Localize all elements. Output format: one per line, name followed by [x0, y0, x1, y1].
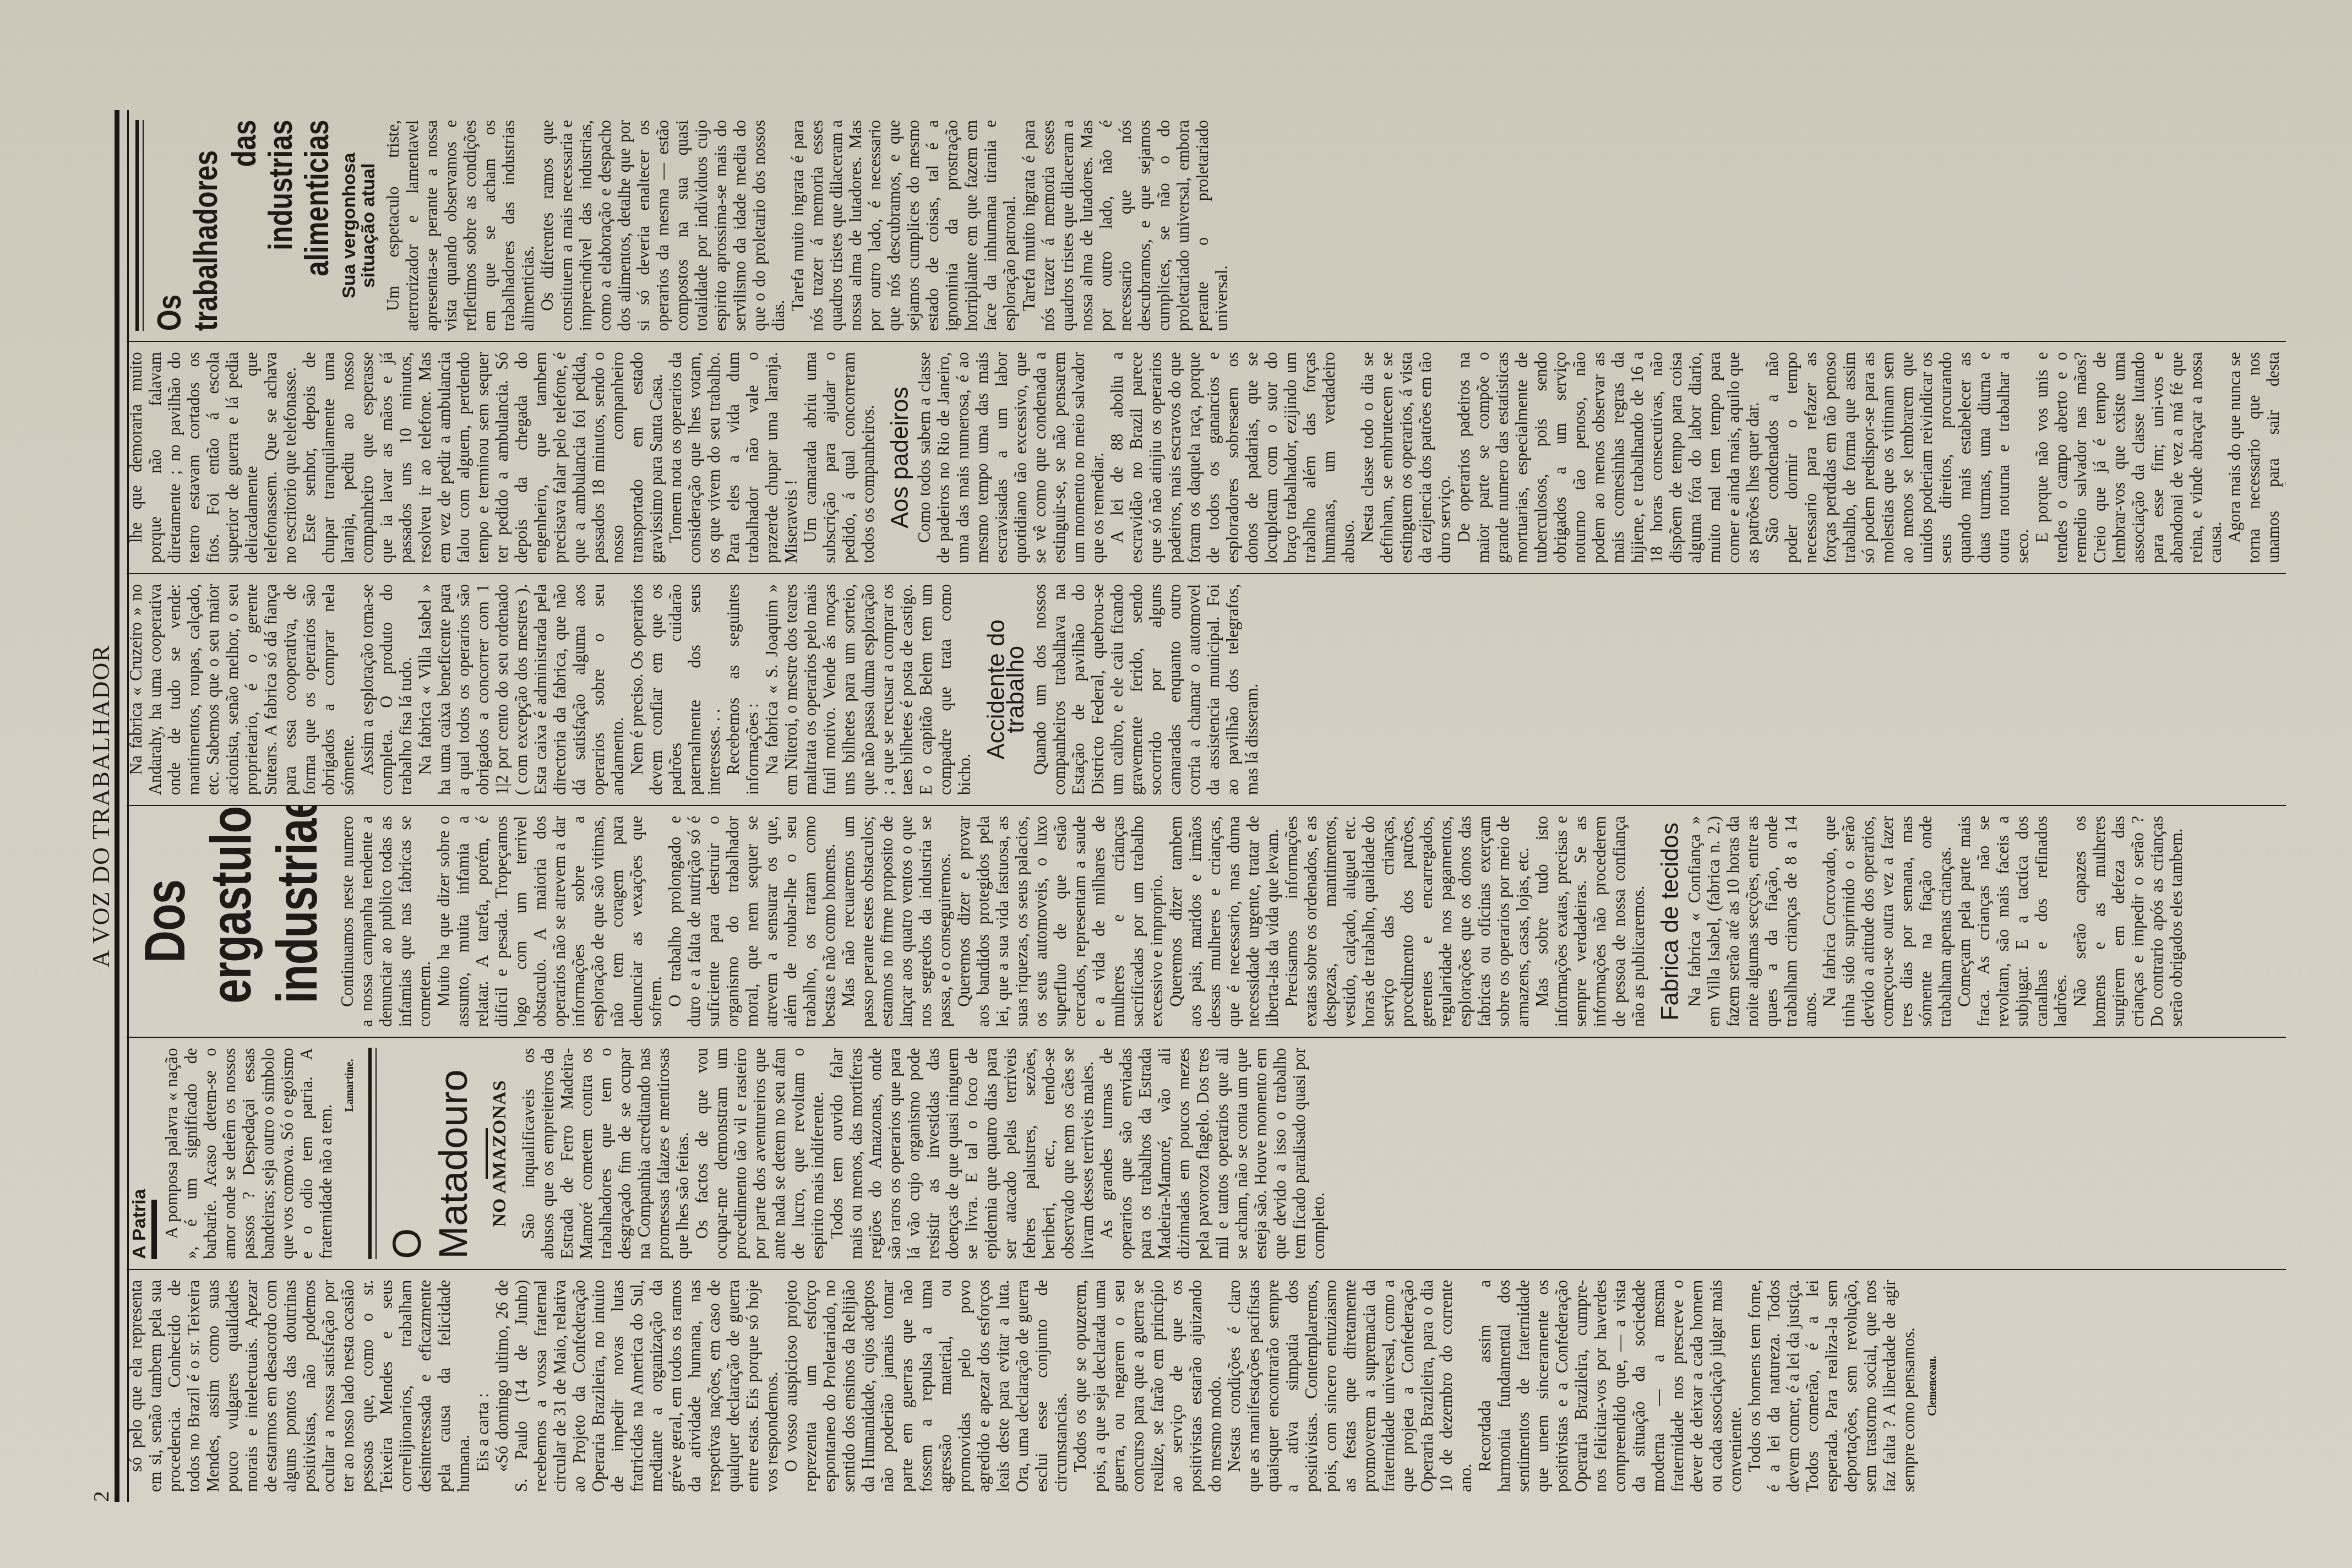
paragraph: «Só domingo ultimo, 26 de S. Paulo (14 d… — [493, 1280, 782, 1492]
paragraph: Os diferentes ramos que constituem a mai… — [538, 120, 788, 331]
paragraph: Todos tem ouvido falar mais ou menos, da… — [827, 1048, 1097, 1259]
column-2: A Patria A pomposa palavra « nação », é … — [127, 1038, 2286, 1270]
column-6: Os trabalhadores das industrias alimenti… — [127, 110, 2286, 342]
paragraph: Nesta classe todo o dia se definham, se … — [1358, 352, 1455, 563]
paragraph: Mas sobre tudo isto informações exatas, … — [1533, 816, 1648, 1027]
paragraph: Muito ha que dizer sobre o assunto, muit… — [434, 816, 666, 1027]
article-title-a-patria: A Patria — [130, 1048, 149, 1259]
fabrica-body: Na fabrica « Confiança » em Villa Isabel… — [1685, 816, 2186, 1027]
paragraph: Como todos sabem a classe de padeiros no… — [915, 352, 1108, 563]
paragraph: A pomposa palavra « nação », é um signif… — [162, 1048, 336, 1259]
paragraph: só pelo que ela representa em si, senão … — [127, 1280, 473, 1492]
col6-body: Um espetaculo triste, aterrorizador e la… — [384, 120, 1232, 331]
paragraph: Recebemos as seguintes informações : — [724, 584, 763, 795]
paragraph: Na fabrica Corcovado, que tinha sido sup… — [1820, 816, 1955, 1027]
paragraph: Nestas condições é claro que as manifest… — [1225, 1280, 1476, 1492]
article-subtitle: Sua vergonhosa situação atual — [340, 120, 378, 331]
paragraph: As grandes turmas de operarios que são e… — [1097, 1048, 1329, 1259]
paragraph: Continuamos neste numero a nossa campanh… — [338, 816, 434, 1027]
paragraph: O vosso auspicioso projeto reprezenta um… — [782, 1280, 1071, 1492]
paragraph: Todos os que se opuzerem, pois, a que se… — [1071, 1280, 1225, 1492]
paragraph: Na fabrica « S. Joaquim » em Niteroi, o … — [763, 584, 974, 795]
col5-body: lhe que demoraria muito porque não falav… — [127, 352, 878, 563]
paragraph: Nem é preciso. Os operarios devem confia… — [628, 584, 724, 795]
paragraph: Na fabrica « Cruzeiro » no Andarahy, ha … — [127, 584, 358, 795]
paragraph: Todos os homens tem fome, é a lei da nat… — [1745, 1280, 1919, 1492]
main-headline: Dos ergastulos industriaes — [132, 839, 330, 1004]
section-title-aos-padeiros: Aos padeiros — [890, 352, 910, 563]
signature-clemenceau: Clemenceau. — [1923, 1280, 1942, 1492]
paragraph: Um camarada abriu uma subscrição para aj… — [801, 352, 878, 563]
paragraph: Começam pela parte mais fraca. As crianç… — [1955, 816, 2071, 1027]
paragraph: Recordada assim a harmonia fundamental d… — [1476, 1280, 1745, 1492]
paragraph: O trabalho prolongado e duro e a falta d… — [666, 816, 839, 1027]
column-3: Dos ergastulos industriaes Continuamos n… — [127, 806, 2286, 1038]
padeiros-body: Como todos sabem a classe de padeiros no… — [915, 352, 2286, 563]
accidente-body: Quando um dos nossos companheiros trabal… — [1031, 584, 1262, 795]
ergastulos-body: Continuamos neste numero a nossa campanh… — [338, 816, 1648, 1027]
paragraph: São condenados a não poder dormir o temp… — [1763, 352, 2033, 563]
masthead: A VOZ DO TRABALHADOR — [87, 110, 115, 1502]
paragraph: Queremos dizer tambem aos pais, maridos … — [1167, 816, 1282, 1027]
newspaper-page: 2 A VOZ DO TRABALHADOR só pelo que ela r… — [0, 0, 2352, 1568]
page-header: 2 A VOZ DO TRABALHADOR — [83, 110, 116, 1502]
paragraph: Queremos dizer e provar aos bandidos pro… — [955, 816, 1167, 1027]
title-underline — [151, 1200, 157, 1259]
paragraph: A lei de 88 aboliu a escravidão no Brazi… — [1108, 352, 1358, 563]
paragraph: Mas não recuaremos um passo perante este… — [839, 816, 955, 1027]
paragraph: Um espetaculo triste, aterrorizador e la… — [384, 120, 538, 331]
article-title-os-trabalhadores: Os trabalhadores — [151, 162, 224, 331]
paragraph: Agora mais do que nunca se torna necessa… — [2225, 352, 2286, 563]
title-underline — [486, 1128, 488, 1179]
paragraph: E porque não vos unis e tendes o campo a… — [2033, 352, 2225, 563]
article-subtitle-amazonas: NO AMAZONAS — [490, 1048, 509, 1259]
signature-lamartine: Lamartine. — [340, 1059, 360, 1259]
col1-body: só pelo que ela representa em si, senão … — [127, 1280, 1919, 1492]
paragraph: Eis a carta : — [473, 1280, 493, 1492]
col4-body: Na fabrica « Cruzeiro » no Andarahy, ha … — [127, 584, 974, 795]
section-rule — [135, 120, 144, 331]
patria-body: A pomposa palavra « nação », é um signif… — [162, 1048, 336, 1259]
paragraph: Tarefa muito ingrata é para nós trazer á… — [788, 120, 1020, 331]
section-title-accidente: Accidente do trabalho — [987, 584, 1025, 795]
paragraph: Este senhor, depois de chupar tranquilam… — [300, 352, 666, 563]
section-rule — [368, 1048, 377, 1259]
column-5: lhe que demoraria muito porque não falav… — [127, 342, 2286, 574]
article-title-industrias: das industrias alimenticias — [226, 120, 335, 289]
paragraph: São inqualificaveis os abusos que os emp… — [519, 1048, 693, 1259]
paragraph: Na fabrica « Confiança » em Villa Isabel… — [1685, 816, 1820, 1027]
paragraph: Assim a esploração torna-se completa. O … — [358, 584, 416, 795]
paragraph: Tarefa muito ingrata é para nós trazer á… — [1020, 120, 1232, 331]
paragraph: Os factos de que vou ocupar-me demonstra… — [693, 1048, 827, 1259]
columns: só pelo que ela representa em si, senão … — [127, 110, 2286, 1502]
article-title-matadouro: O Matadouro — [384, 1048, 477, 1259]
paragraph: Na fabrica « Villa Isabel » ha uma caixa… — [416, 584, 628, 795]
paragraph: Não serão capazes os homens e as mulhere… — [2071, 816, 2186, 1027]
paragraph: Quando um dos nossos companheiros trabal… — [1031, 584, 1262, 795]
matadouro-body: São inqualificaveis os abusos que os emp… — [519, 1048, 1329, 1259]
paragraph: Precisamos informações exatas sobre os o… — [1282, 816, 1533, 1027]
paragraph: Tomem nota os operarios da consideração … — [666, 352, 801, 563]
column-1: só pelo que ela representa em si, senão … — [127, 1270, 2286, 1502]
paragraph: De operarios padeiros na maior parte se … — [1455, 352, 1763, 563]
paragraph: lhe que demoraria muito porque não falav… — [127, 352, 300, 563]
column-4: Na fabrica « Cruzeiro » no Andarahy, ha … — [127, 574, 2286, 806]
section-title-fabrica-tecidos: Fabrica de tecidos — [1660, 816, 1680, 1027]
